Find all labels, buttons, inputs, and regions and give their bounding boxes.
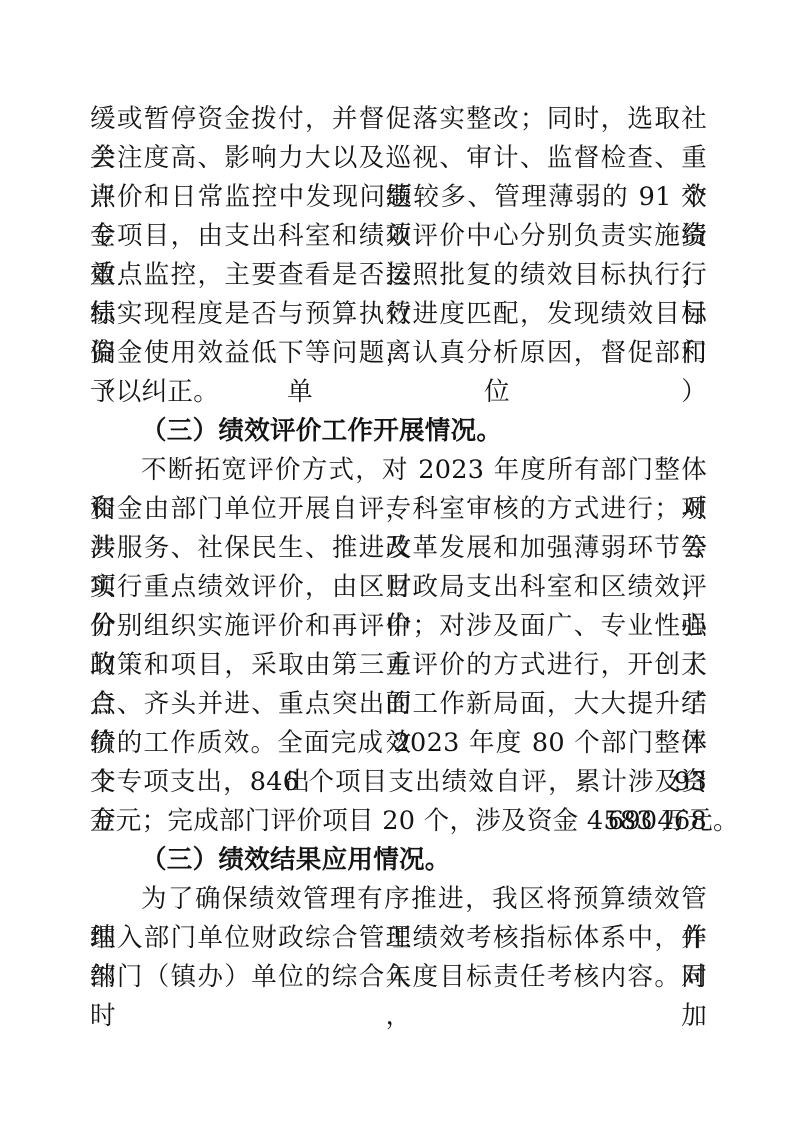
text-line: 实行重点绩效评价，由区财政局支出科室和区绩效评价中心 <box>90 568 707 607</box>
text-line: 标实现程度是否与预算执行进度匹配，发现绩效目标偏离和 <box>90 295 707 334</box>
document-page: 缓或暂停资金拨付，并督促落实整改；同时，选取社会关注度高、影响力大以及巡视、审计… <box>0 0 793 1122</box>
text-line: 价的工作质效。全面完成 2023 年度 80 个部门整体支出、93 <box>90 724 707 763</box>
text-line: 合、齐头并进、重点突出的工作新局面，大大提升了绩效评 <box>90 685 707 724</box>
text-line: 评价和日常监控中发现问题较多、管理薄弱的 91 个专项资 <box>90 178 707 217</box>
text-line: 为了确保绩效管理有序推进，我区将预算绩效管理工作 <box>90 880 707 919</box>
text-line: 部门（镇办）单位的综合年度目标责任考核内容。同时，加 <box>90 958 707 997</box>
text-line: 缓或暂停资金拨付，并督促落实整改；同时，选取社会 <box>90 100 707 139</box>
text-line: 政策和项目，采取由第三方评价的方式进行，开创了点面结 <box>90 646 707 685</box>
section-heading: （三）绩效评价工作开展情况。 <box>90 412 707 451</box>
document-lines: 缓或暂停资金拨付，并督促落实整改；同时，选取社会关注度高、影响力大以及巡视、审计… <box>90 100 707 997</box>
text-line: 共服务、社保民生、推进改革发展和加强薄弱环节等项目， <box>90 529 707 568</box>
text-line: 不断拓宽评价方式，对 2023 年度所有部门整体和专项 <box>90 451 707 490</box>
section-heading: （三）绩效结果应用情况。 <box>90 841 707 880</box>
text-line: 纳入部门单位财政综合管理绩效考核指标体系中，并纳入对 <box>90 919 707 958</box>
text-line: 个专项支出，846 个项目支出绩效自评，累计涉及资金 690468 <box>90 763 707 802</box>
text-line: 关注度高、影响力大以及巡视、审计、监督检查、重点绩效 <box>90 139 707 178</box>
text-line: 分别组织实施评价和再评价；对涉及面广、专业性强的重大 <box>90 607 707 646</box>
text-line: 金项目，由支出科室和绩效评价中心分别负责实施绩效运行 <box>90 217 707 256</box>
text-line: 万元；完成部门评价项目 20 个，涉及资金 4583 万元。 <box>90 802 707 841</box>
text-line: 重点监控，主要查看是否按照批复的绩效目标执行，绩效目 <box>90 256 707 295</box>
text-line: 资金使用效益低下等问题，认真分析原因，督促部门（单位） <box>90 334 707 373</box>
text-line: 资金由部门单位开展自评，科室审核的方式进行；对涉及公 <box>90 490 707 529</box>
